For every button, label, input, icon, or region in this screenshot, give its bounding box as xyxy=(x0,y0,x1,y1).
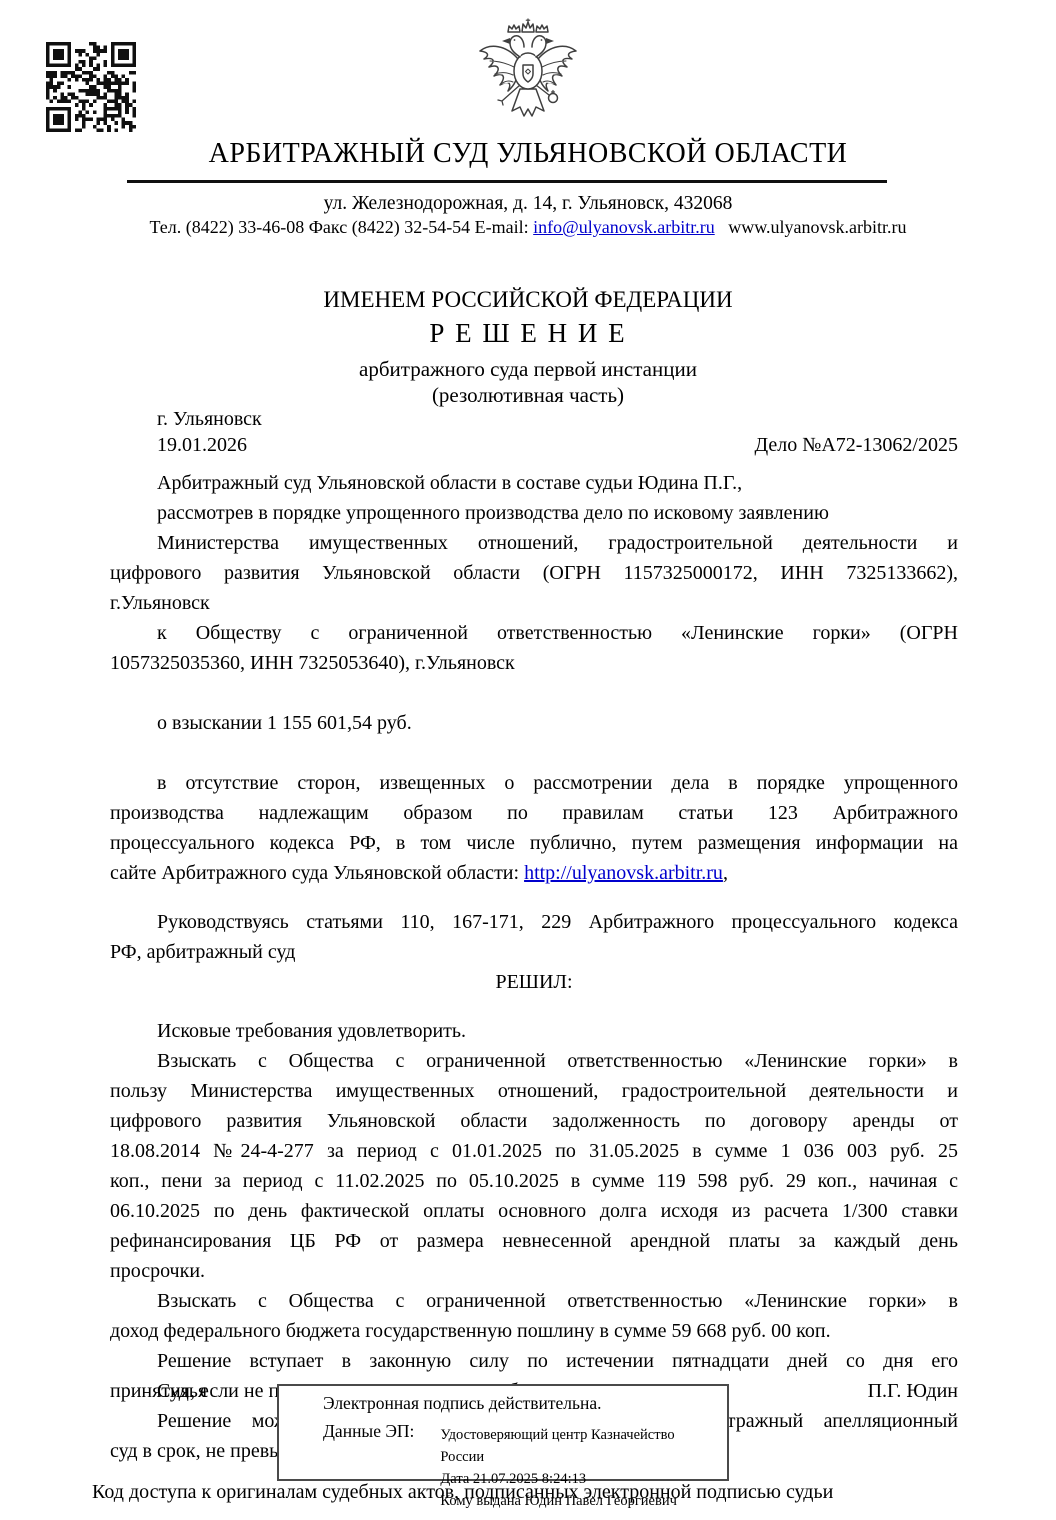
text-line: 06.10.2025 по день фактической оплаты ос… xyxy=(110,1196,958,1226)
text-line: в отсутствие сторон, извещенных о рассмо… xyxy=(110,768,958,798)
text-line: просрочки. xyxy=(110,1256,958,1286)
paragraph: Взыскать с Общества с ограниченной ответ… xyxy=(110,1286,958,1346)
text-line: производства надлежащим образом по прави… xyxy=(110,798,958,828)
header-divider xyxy=(127,180,887,183)
court-website-link[interactable]: http://ulyanovsk.arbitr.ru xyxy=(524,862,723,884)
contact-text: Тел. (8422) 33-46-08 Факс (8422) 32-54-5… xyxy=(149,217,533,237)
paragraph: Руководствуясь статьями 110, 167-171, 22… xyxy=(110,907,958,967)
signature-authority: Удостоверяющий центр Казначейство России xyxy=(440,1424,717,1468)
website-text: www.ulyanovsk.arbitr.ru xyxy=(715,217,907,237)
case-number: Дело №А72-13062/2025 xyxy=(755,434,959,457)
paragraph: Исковые требования удовлетворить. xyxy=(110,1016,958,1046)
in-the-name-heading: ИМЕНЕМ РОССИЙСКОЙ ФЕДЕРАЦИИ xyxy=(0,287,1056,313)
paragraph: Арбитражный суд Ульяновской области в со… xyxy=(110,468,958,498)
resolutive-part-note: (резолютивная часть) xyxy=(0,383,1056,408)
text-line: Взыскать с Общества с ограниченной ответ… xyxy=(110,1286,958,1316)
text-line: рефинансирования ЦБ РФ от размера невнес… xyxy=(110,1226,958,1256)
text-line: г.Ульяновск xyxy=(110,588,958,618)
text-line: рассмотрев в порядке упрощенного произво… xyxy=(110,498,958,528)
judge-label: Судья xyxy=(157,1380,207,1403)
paragraph: в отсутствие сторон, извещенных о рассмо… xyxy=(110,768,958,888)
decision-heading: Р Е Ш Е Н И Е xyxy=(0,318,1056,349)
paragraph: о взыскании 1 155 601,54 руб. xyxy=(110,708,958,738)
case-date: 19.01.2026 xyxy=(157,434,247,457)
court-contacts: Тел. (8422) 33-46-08 Факс (8422) 32-54-5… xyxy=(0,217,1056,238)
text-line: Министерства имущественных отношений, гр… xyxy=(110,528,958,558)
case-date-row: 19.01.2026 Дело №А72-13062/2025 xyxy=(157,434,958,457)
paragraph: к Обществу с ограниченной ответственност… xyxy=(110,618,958,678)
text-line: коп., пени за период с 11.02.2025 по 05.… xyxy=(110,1166,958,1196)
text-line: РЕШИЛ: xyxy=(110,967,958,997)
text-line: цифрового развития Ульяновской области з… xyxy=(110,1106,958,1136)
document-body: Арбитражный суд Ульяновской области в со… xyxy=(110,468,958,1466)
text-line: доход федерального бюджета государственн… xyxy=(110,1316,958,1346)
resolution-heading: РЕШИЛ: xyxy=(110,967,958,997)
email-link[interactable]: info@ulyanovsk.arbitr.ru xyxy=(533,217,715,237)
text-line: Арбитражный суд Ульяновской области в со… xyxy=(110,468,958,498)
electronic-signature-stamp: Электронная подпись действительна. Данны… xyxy=(277,1384,729,1481)
text-line: цифрового развития Ульяновской области (… xyxy=(110,558,958,588)
qr-code xyxy=(46,40,136,134)
signature-valid-text: Электронная подпись действительна. xyxy=(323,1393,717,1414)
paragraph: Министерства имущественных отношений, гр… xyxy=(110,528,958,618)
paragraph: рассмотрев в порядке упрощенного произво… xyxy=(110,498,958,528)
text-line: Руководствуясь статьями 110, 167-171, 22… xyxy=(110,907,958,937)
text-line: Исковые требования удовлетворить. xyxy=(110,1016,958,1046)
text-line: Решение вступает в законную силу по исте… xyxy=(110,1346,958,1376)
text-segment: сайте Арбитражного суда Ульяновской обла… xyxy=(110,862,524,884)
text-line: Взыскать с Общества с ограниченной ответ… xyxy=(110,1046,958,1076)
court-name-title: АРБИТРАЖНЫЙ СУД УЛЬЯНОВСКОЙ ОБЛАСТИ xyxy=(0,138,1056,170)
text-line: РФ, арбитражный суд xyxy=(110,937,958,967)
case-city: г. Ульяновск xyxy=(157,408,262,431)
access-code-note: Код доступа к оригиналам судебных актов,… xyxy=(92,1481,1012,1504)
text-line: пользу Министерства имущественных отноше… xyxy=(110,1076,958,1106)
text-line: о взыскании 1 155 601,54 руб. xyxy=(110,708,958,738)
text-line: сайте Арбитражного суда Ульяновской обла… xyxy=(110,858,958,888)
russia-coat-of-arms-icon xyxy=(468,18,588,136)
text-line: процессуального кодекса РФ, в том числе … xyxy=(110,828,958,858)
signature-data-label: Данные ЭП: xyxy=(323,1421,414,1442)
text-line: 18.08.2014 №24-4-277 за период с 01.01.2… xyxy=(110,1136,958,1166)
court-decision-document: АРБИТРАЖНЫЙ СУД УЛЬЯНОВСКОЙ ОБЛАСТИ ул. … xyxy=(0,0,1056,1520)
text-line: к Обществу с ограниченной ответственност… xyxy=(110,618,958,648)
paragraph: Взыскать с Общества с ограниченной ответ… xyxy=(110,1046,958,1286)
text-line: 1057325035360, ИНН 7325053640), г.Ульяно… xyxy=(110,648,958,678)
decision-subtitle: арбитражного суда первой инстанции xyxy=(0,357,1056,382)
court-address: ул. Железнодорожная, д. 14, г. Ульяновск… xyxy=(0,193,1056,215)
text-segment: , xyxy=(723,862,728,884)
